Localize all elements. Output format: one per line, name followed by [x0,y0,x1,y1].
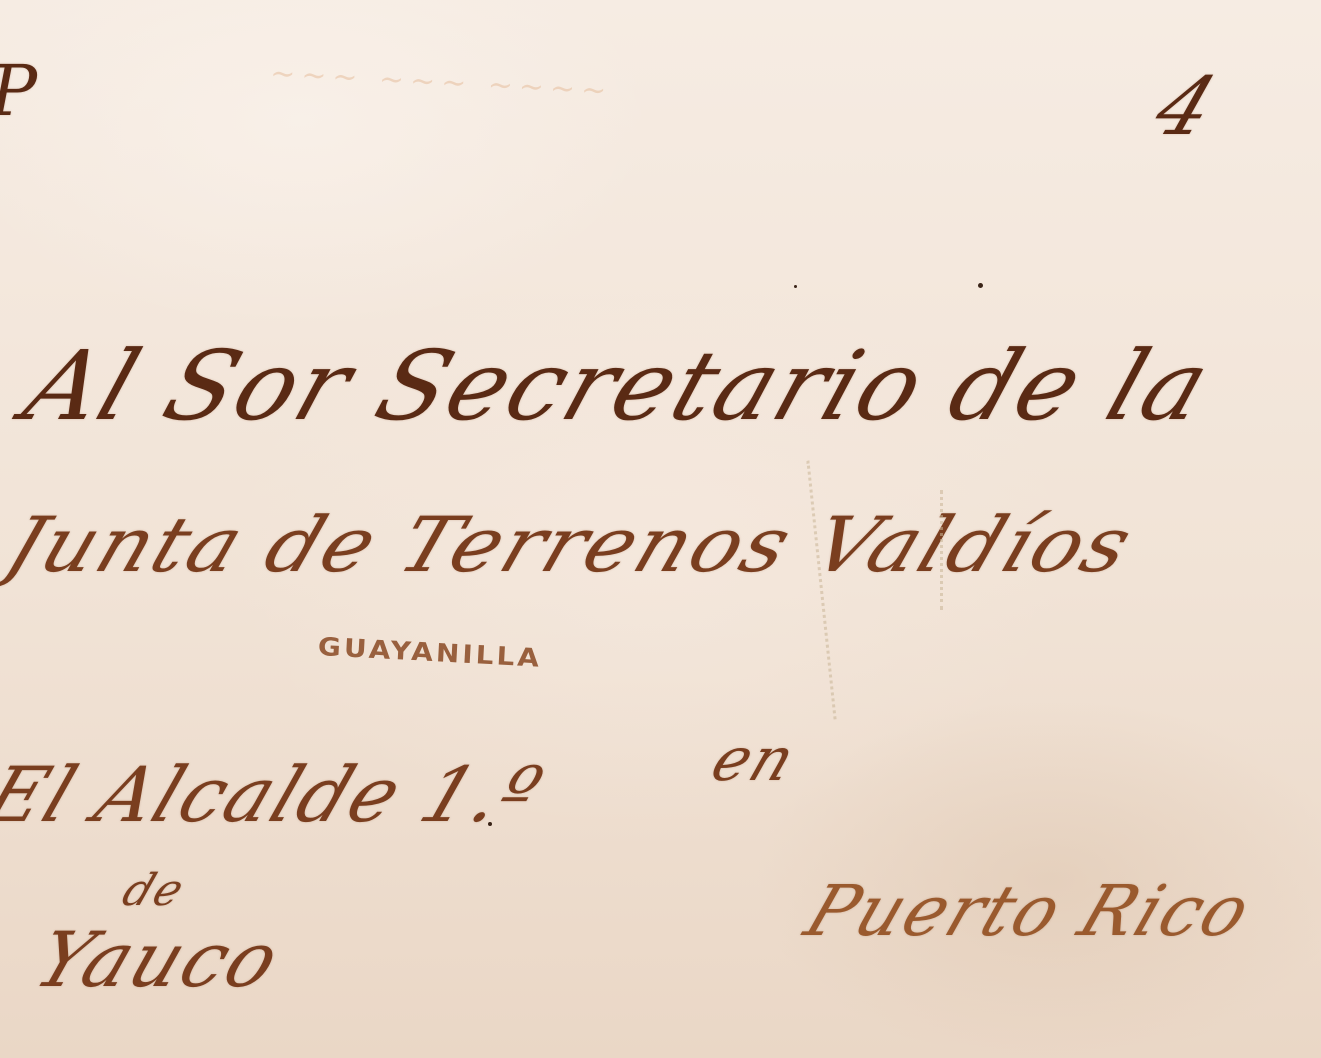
destination-prefix: en [702,725,806,795]
ink-speck [488,822,492,826]
sender-line-1: El Alcalde 1.º [0,750,556,839]
ink-speck [794,285,797,288]
corner-mark-top-left: P [0,50,39,132]
sender-line-2: de [116,865,193,916]
document-paper: ~~~ ~~~ ~~~~ P 4 Al Sor Secretario de la… [0,0,1321,1058]
ink-speck [978,283,983,288]
postmark-guayanilla: GUAYANILLA [317,632,543,673]
corner-mark-top-right: 4 [1143,60,1230,153]
sender-line-3: Yauco [24,915,293,1004]
address-line-2: Junta de Terrenos Valdíos [0,500,1145,589]
paper-crease [940,490,943,610]
bleed-through-text: ~~~ ~~~ ~~~~ [269,56,613,109]
destination-city: Puerto Rico [795,870,1263,952]
address-line-1: Al Sor Secretario de la [11,330,1224,442]
